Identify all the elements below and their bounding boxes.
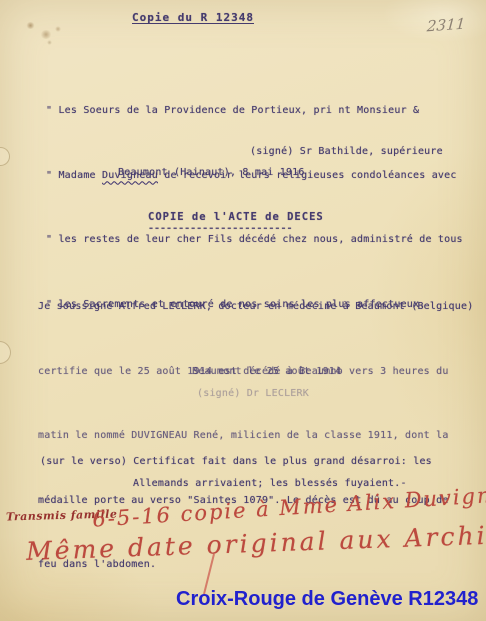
document-scan: Copie du R 12348 2311 " Les Soeurs de la… [0,0,486,621]
paper-stain [55,26,61,32]
death-act-signature: (signé) Dr LECLERK [197,388,309,399]
death-act-heading: COPIE de l'ACTE de DECES [148,211,324,223]
verso-note-line2: Allemands arrivaient; les blessés fuyaie… [133,478,407,489]
paper-stain [40,30,52,39]
letter-signature: (signé) Sr Bathilde, supérieure [250,146,443,157]
verso-note-line1: (sur le verso) Certificat fait dans le p… [40,456,432,467]
paper-stain [47,40,52,45]
death-act-body: Je soussigné Alfred LECLERK, docteur en … [38,253,473,619]
document-title: Copie du R 12348 [132,11,254,24]
pencil-number: 2311 [426,15,466,36]
heading-underline: ------------------------ [148,223,293,234]
punch-hole [0,147,10,166]
letter-place-date: Beaumont (Hainaut), 8 mai 1916 [118,167,305,178]
death-act-place-date: Beaumont le 25 août 1914 [192,366,341,377]
body-line: Je soussigné Alfred LECLERK, docteur en … [38,296,473,318]
body-line: matin le nommé DUVIGNEAU René, milicien … [38,425,473,447]
archive-reference-label: Croix-Rouge de Genève R12348 [176,588,478,611]
letter-line: " Les Soeurs de la Providence de Portieu… [46,100,463,122]
punch-hole [0,341,11,364]
paper-stain [26,22,35,29]
